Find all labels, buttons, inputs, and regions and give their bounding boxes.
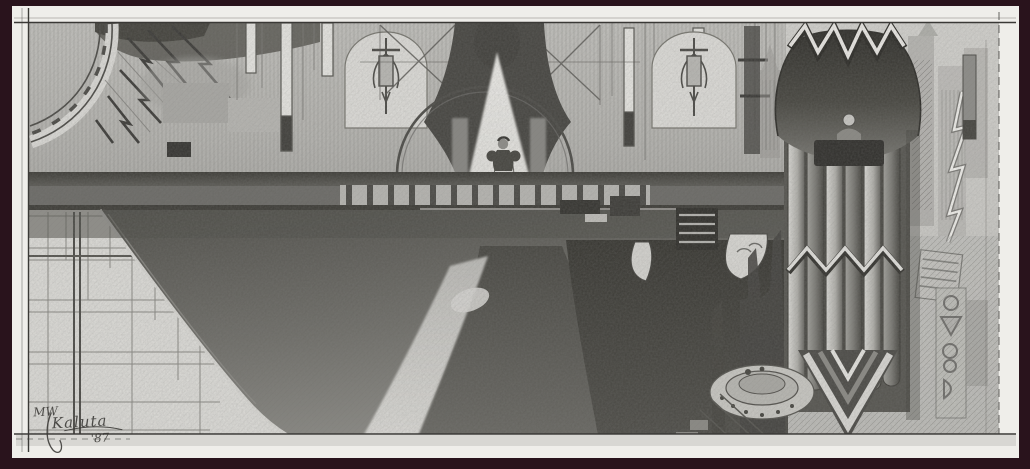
pencil-hatch-overlay xyxy=(29,23,999,434)
drawing-canvas: MW Kaluta '87 xyxy=(0,0,1030,469)
signature-year: '87 xyxy=(90,430,110,445)
pencil-drawing xyxy=(29,15,999,456)
signature-name: Kaluta xyxy=(50,412,107,433)
lower-wash-strip xyxy=(16,435,1016,446)
framed-pencil-drawing: MW Kaluta '87 xyxy=(0,0,1030,469)
